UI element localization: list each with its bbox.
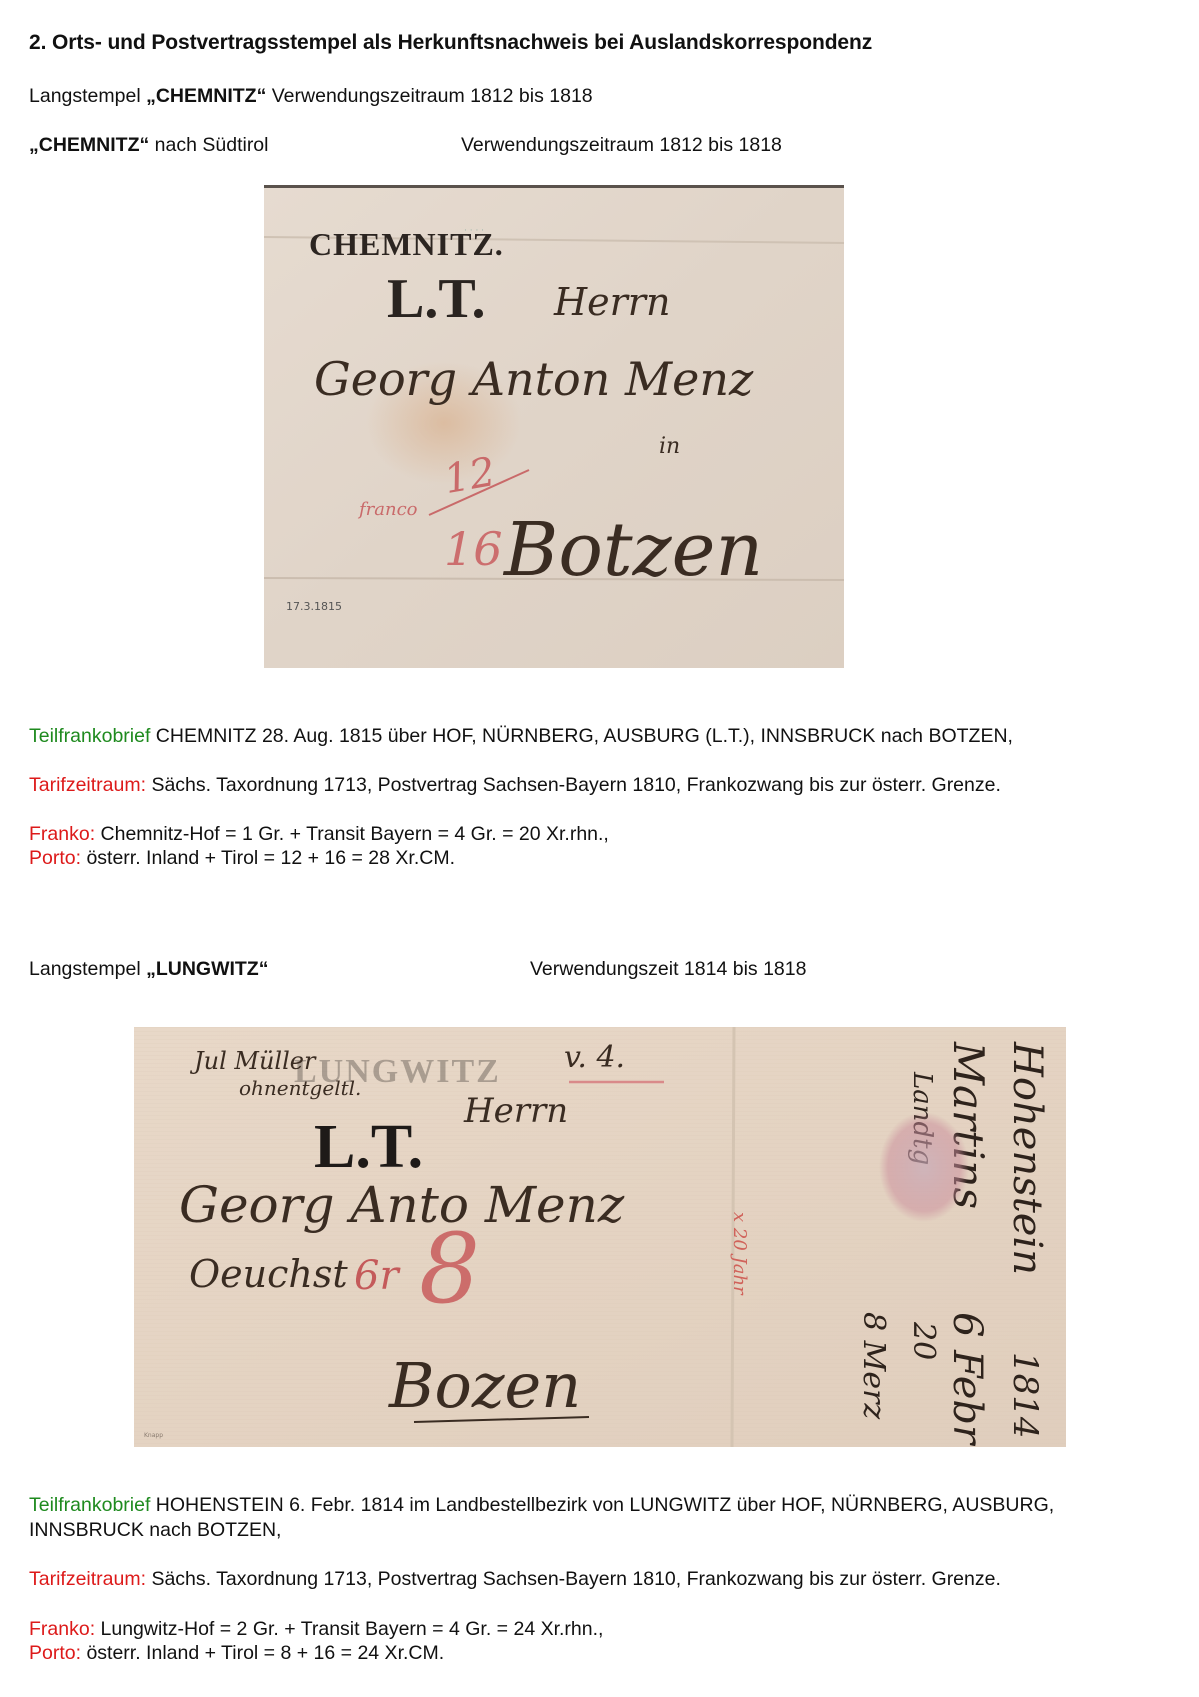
letter1-description: Teilfrankobrief CHEMNITZ 28. Aug. 1815 ü…	[29, 724, 1169, 749]
porto-label: Porto:	[29, 847, 81, 869]
letter-image-lungwitz: LUNGWITZ Jul Müller ohnentgeltl. L.T. He…	[134, 1027, 1066, 1447]
heading-suffix: Verwendungszeitraum 1812 bis 1818	[266, 85, 592, 107]
svg-text:1814: 1814	[1005, 1352, 1045, 1439]
tariff-label: Tarifzeitraum:	[29, 1568, 146, 1590]
franko-label: Franko:	[29, 1618, 95, 1640]
letter2-description: Teilfrankobrief HOHENSTEIN 6. Febr. 1814…	[29, 1493, 1169, 1543]
letter-route: HOHENSTEIN 6. Febr. 1814 im Landbestellb…	[29, 1494, 1054, 1541]
porto-text: österr. Inland + Tirol = 12 + 16 = 28 Xr…	[81, 847, 455, 869]
svg-text:ohnentgeltl.: ohnentgeltl.	[239, 1076, 361, 1100]
svg-text:Botzen: Botzen	[502, 507, 763, 593]
svg-text:6r: 6r	[354, 1253, 401, 1299]
section1-subheading: „CHEMNITZ“ nach Südtirol	[29, 134, 269, 157]
svg-text:Georg Anto Menz: Georg Anto Menz	[179, 1176, 625, 1234]
usage-period: Verwendungszeit 1814 bis 1818	[530, 958, 806, 981]
tariff-text: Sächs. Taxordnung 1713, Postvertrag Sach…	[146, 774, 1001, 796]
section1-heading: Langstempel „CHEMNITZ“ Verwendungszeitra…	[29, 85, 593, 108]
letter1-tariff: Tarifzeitraum: Sächs. Taxordnung 1713, P…	[29, 773, 1169, 798]
letter2-franko: Franko: Lungwitz-Hof = 2 Gr. + Transit B…	[29, 1617, 1169, 1642]
svg-text:12: 12	[441, 449, 499, 503]
section2-heading: Langstempel „LUNGWITZ“	[29, 958, 268, 981]
letter-illustration: LUNGWITZ Jul Müller ohnentgeltl. L.T. He…	[134, 1027, 1066, 1447]
letter2-porto: Porto: österr. Inland + Tirol = 8 + 16 =…	[29, 1641, 1169, 1666]
letter-route: CHEMNITZ 28. Aug. 1815 über HOF, NÜRNBER…	[150, 725, 1013, 747]
letter1-porto: Porto: österr. Inland + Tirol = 12 + 16 …	[29, 846, 1169, 871]
heading-prefix: Langstempel	[29, 85, 146, 107]
svg-text:Jul Müller: Jul Müller	[189, 1047, 317, 1075]
svg-text:in: in	[659, 434, 680, 459]
porto-label: Porto:	[29, 1642, 81, 1664]
svg-text:· · · ·: · · · ·	[464, 226, 484, 236]
svg-text:8 Merz: 8 Merz	[856, 1312, 891, 1419]
letter-illustration: CHEMNITZ. L.T. Herrn Georg Anton Menz in…	[264, 185, 844, 668]
svg-text:20: 20	[906, 1321, 941, 1360]
stamp-name: „CHEMNITZ“	[146, 85, 266, 107]
letter1-franko: Franko: Chemnitz-Hof = 1 Gr. + Transit B…	[29, 822, 1169, 847]
stamp-name: „CHEMNITZ“	[29, 134, 149, 156]
svg-text:x 20 Jahr: x 20 Jahr	[729, 1212, 750, 1296]
svg-text:Bozen: Bozen	[388, 1349, 581, 1422]
franko-label: Franko:	[29, 823, 95, 845]
svg-text:6 Febr: 6 Febr	[944, 1312, 990, 1447]
svg-text:16: 16	[444, 522, 503, 576]
svg-text:Knapp: Knapp	[144, 1432, 163, 1439]
svg-text:Hohenstein: Hohenstein	[1004, 1041, 1050, 1275]
tariff-label: Tarifzeitraum:	[29, 774, 146, 796]
stamp-name: „LUNGWITZ“	[146, 958, 268, 980]
svg-text:8: 8	[419, 1213, 480, 1325]
svg-text:Herrn: Herrn	[553, 280, 670, 324]
page-title: 2. Orts- und Postvertragsstempel als Her…	[29, 31, 872, 55]
svg-text:L.T.: L.T.	[314, 1113, 423, 1181]
svg-text:L.T.: L.T.	[387, 268, 486, 330]
letter-image-chemnitz: CHEMNITZ. L.T. Herrn Georg Anton Menz in…	[264, 185, 844, 668]
svg-text:franco: franco	[357, 499, 418, 520]
svg-text:17.3.1815: 17.3.1815	[286, 600, 342, 613]
heading-prefix: Langstempel	[29, 958, 146, 980]
svg-text:Georg Anton Menz: Georg Anton Menz	[314, 352, 754, 406]
destination: nach Südtirol	[149, 134, 268, 156]
letter2-tariff: Tarifzeitraum: Sächs. Taxordnung 1713, P…	[29, 1567, 1169, 1592]
usage-period: Verwendungszeitraum 1812 bis 1818	[461, 134, 782, 157]
franko-text: Chemnitz-Hof = 1 Gr. + Transit Bayern = …	[95, 823, 609, 845]
svg-text:v. 4.: v. 4.	[564, 1040, 625, 1075]
svg-text:Oeuchst: Oeuchst	[189, 1252, 348, 1296]
letter-type-label: Teilfrankobrief	[29, 725, 150, 747]
svg-text:Herrn: Herrn	[463, 1091, 568, 1131]
porto-text: österr. Inland + Tirol = 8 + 16 = 24 Xr.…	[81, 1642, 444, 1664]
franko-text: Lungwitz-Hof = 2 Gr. + Transit Bayern = …	[95, 1618, 603, 1640]
tariff-text: Sächs. Taxordnung 1713, Postvertrag Sach…	[146, 1568, 1001, 1590]
letter-type-label: Teilfrankobrief	[29, 1494, 150, 1516]
